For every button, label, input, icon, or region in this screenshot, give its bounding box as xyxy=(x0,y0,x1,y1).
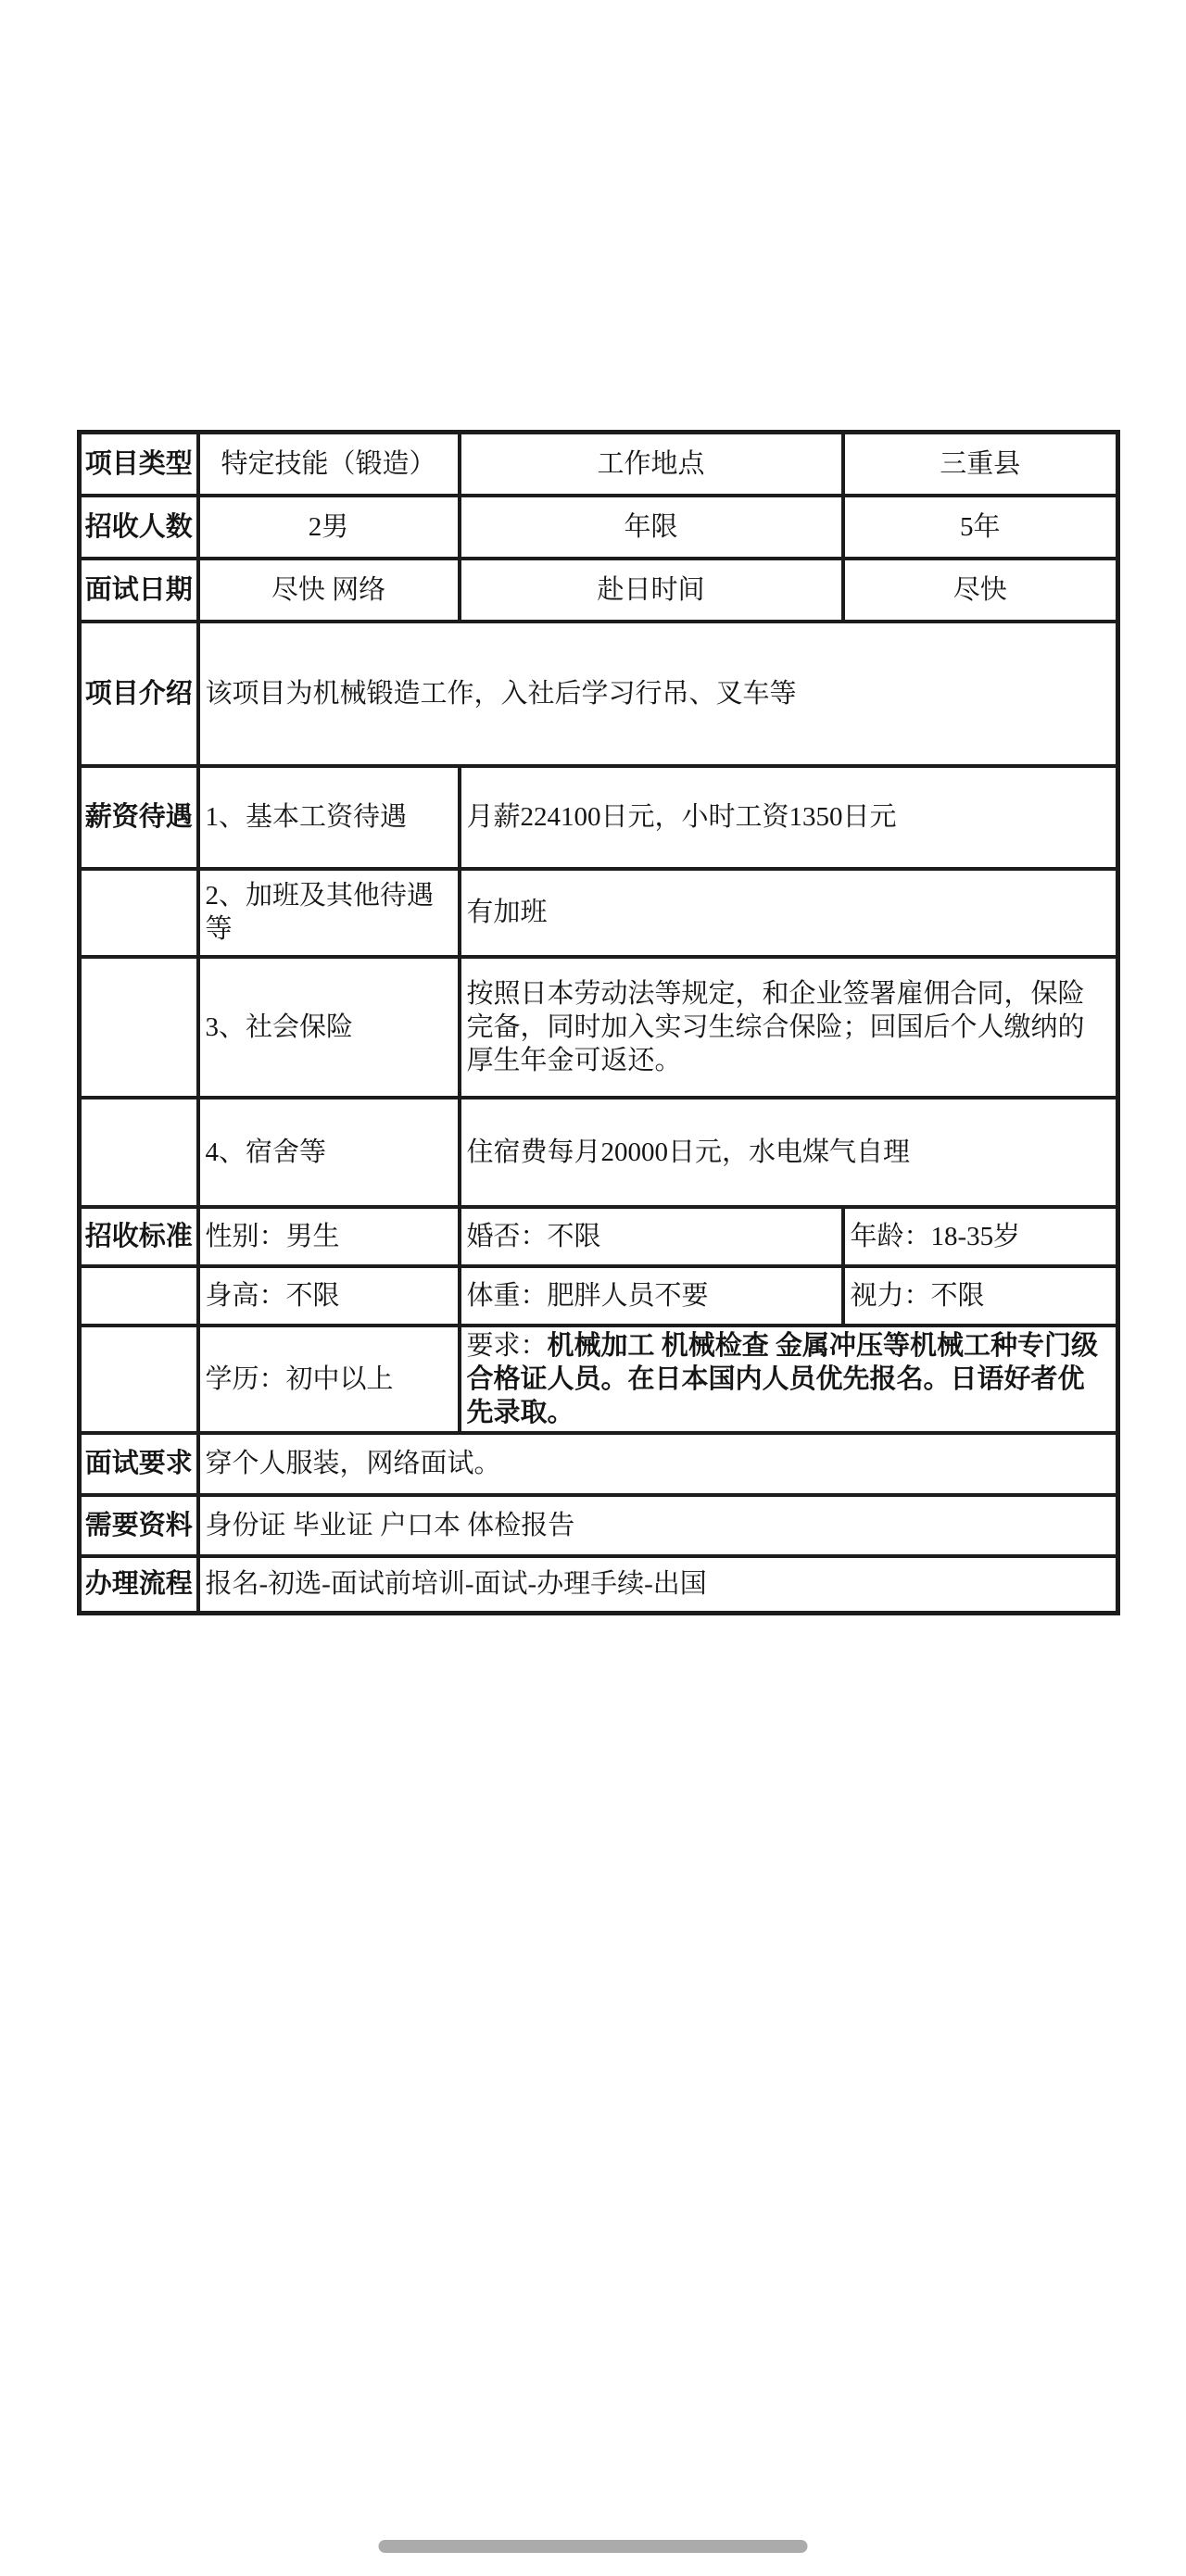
header-interview-date: 面试日期 xyxy=(80,559,198,622)
header-required-documents: 需要资料 xyxy=(80,1495,198,1556)
job-info-table: 项目类型 特定技能（锻造） 工作地点 三重县 招收人数 2男 年限 5年 面试日… xyxy=(77,430,1120,1615)
cell-duration: 5年 xyxy=(843,496,1118,559)
cell-salary-item-4: 4、宿舍等 xyxy=(198,1098,460,1207)
table-row: 身高：不限 体重：肥胖人员不要 视力：不限 xyxy=(80,1266,1118,1326)
cell-project-type: 特定技能（锻造） xyxy=(198,433,460,496)
home-indicator-bar[interactable] xyxy=(379,2540,808,2553)
cell-salary-value-1: 月薪224100日元，小时工资1350日元 xyxy=(460,766,1118,869)
table-row: 4、宿舍等 住宿费每月20000日元，水电煤气自理 xyxy=(80,1098,1118,1207)
table-row: 2、加班及其他待遇等 有加班 xyxy=(80,869,1118,957)
table-row: 学历：初中以上 要求：机械加工 机械检查 金属冲压等机械工种专门级合格证人员。在… xyxy=(80,1326,1118,1433)
cell-process: 报名-初选-面试前培训-面试-办理手续-出国 xyxy=(198,1556,1118,1614)
header-empty xyxy=(80,1266,198,1326)
table-row: 招收标准 性别：男生 婚否：不限 年龄：18-35岁 xyxy=(80,1207,1118,1266)
table-row: 项目类型 特定技能（锻造） 工作地点 三重县 xyxy=(80,433,1118,496)
cell-salary-value-4: 住宿费每月20000日元，水电煤气自理 xyxy=(460,1098,1118,1207)
header-work-location: 工作地点 xyxy=(460,433,843,496)
table-row: 面试要求 穿个人服装，网络面试。 xyxy=(80,1433,1118,1495)
table-row: 薪资待遇 1、基本工资待遇 月薪224100日元，小时工资1350日元 xyxy=(80,766,1118,869)
cell-recruit-count: 2男 xyxy=(198,496,460,559)
cell-interview-requirement: 穿个人服装，网络面试。 xyxy=(198,1433,1118,1495)
header-empty xyxy=(80,1098,198,1207)
cell-height: 身高：不限 xyxy=(198,1266,460,1326)
cell-departure-time: 尽快 xyxy=(843,559,1118,622)
header-process: 办理流程 xyxy=(80,1556,198,1614)
table-row: 招收人数 2男 年限 5年 xyxy=(80,496,1118,559)
header-duration: 年限 xyxy=(460,496,843,559)
requirement-text: 机械加工 机械检查 金属冲压等机械工种专门级合格证人员。在日本国内人员优先报名。… xyxy=(467,1331,1099,1427)
header-empty xyxy=(80,869,198,957)
cell-requirements: 要求：机械加工 机械检查 金属冲压等机械工种专门级合格证人员。在日本国内人员优先… xyxy=(460,1326,1118,1433)
cell-gender: 性别：男生 xyxy=(198,1207,460,1266)
header-empty xyxy=(80,957,198,1098)
cell-eyesight: 视力：不限 xyxy=(843,1266,1118,1326)
header-interview-requirement: 面试要求 xyxy=(80,1433,198,1495)
cell-education: 学历：初中以上 xyxy=(198,1326,460,1433)
table-row: 需要资料 身份证 毕业证 户口本 体检报告 xyxy=(80,1495,1118,1556)
cell-project-intro: 该项目为机械锻造工作，入社后学习行吊、叉车等 xyxy=(198,622,1118,766)
cell-salary-item-3: 3、社会保险 xyxy=(198,957,460,1098)
requirement-label: 要求： xyxy=(467,1331,548,1361)
header-empty xyxy=(80,1326,198,1433)
cell-salary-value-2: 有加班 xyxy=(460,869,1118,957)
cell-age: 年龄：18-35岁 xyxy=(843,1207,1118,1266)
table-row: 3、社会保险 按照日本劳动法等规定，和企业签署雇佣合同，保险完备，同时加入实习生… xyxy=(80,957,1118,1098)
cell-salary-item-2: 2、加班及其他待遇等 xyxy=(198,869,460,957)
table-row: 面试日期 尽快 网络 赴日时间 尽快 xyxy=(80,559,1118,622)
cell-salary-item-1: 1、基本工资待遇 xyxy=(198,766,460,869)
cell-marriage: 婚否：不限 xyxy=(460,1207,843,1266)
cell-required-documents: 身份证 毕业证 户口本 体检报告 xyxy=(198,1495,1118,1556)
table-row: 项目介绍 该项目为机械锻造工作，入社后学习行吊、叉车等 xyxy=(80,622,1118,766)
header-project-type: 项目类型 xyxy=(80,433,198,496)
cell-work-location: 三重县 xyxy=(843,433,1118,496)
header-salary: 薪资待遇 xyxy=(80,766,198,869)
header-departure-time: 赴日时间 xyxy=(460,559,843,622)
header-project-intro: 项目介绍 xyxy=(80,622,198,766)
header-recruit-count: 招收人数 xyxy=(80,496,198,559)
table-row: 办理流程 报名-初选-面试前培训-面试-办理手续-出国 xyxy=(80,1556,1118,1614)
cell-weight: 体重：肥胖人员不要 xyxy=(460,1266,843,1326)
header-recruit-standard: 招收标准 xyxy=(80,1207,198,1266)
cell-interview-date: 尽快 网络 xyxy=(198,559,460,622)
cell-salary-value-3: 按照日本劳动法等规定，和企业签署雇佣合同，保险完备，同时加入实习生综合保险；回国… xyxy=(460,957,1118,1098)
